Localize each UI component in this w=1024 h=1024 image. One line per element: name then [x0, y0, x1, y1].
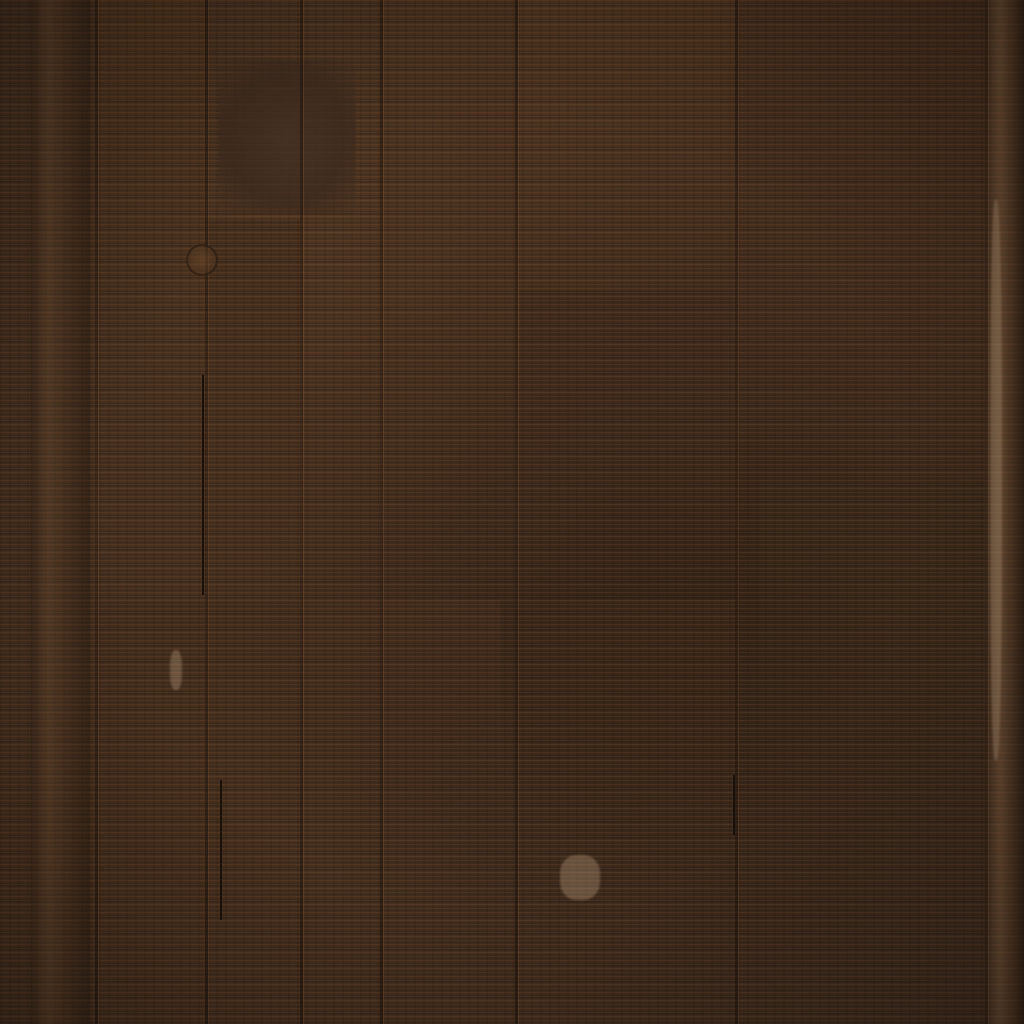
- photo-vignette: [0, 0, 1024, 1024]
- wood-texture-photo: [0, 0, 1024, 1024]
